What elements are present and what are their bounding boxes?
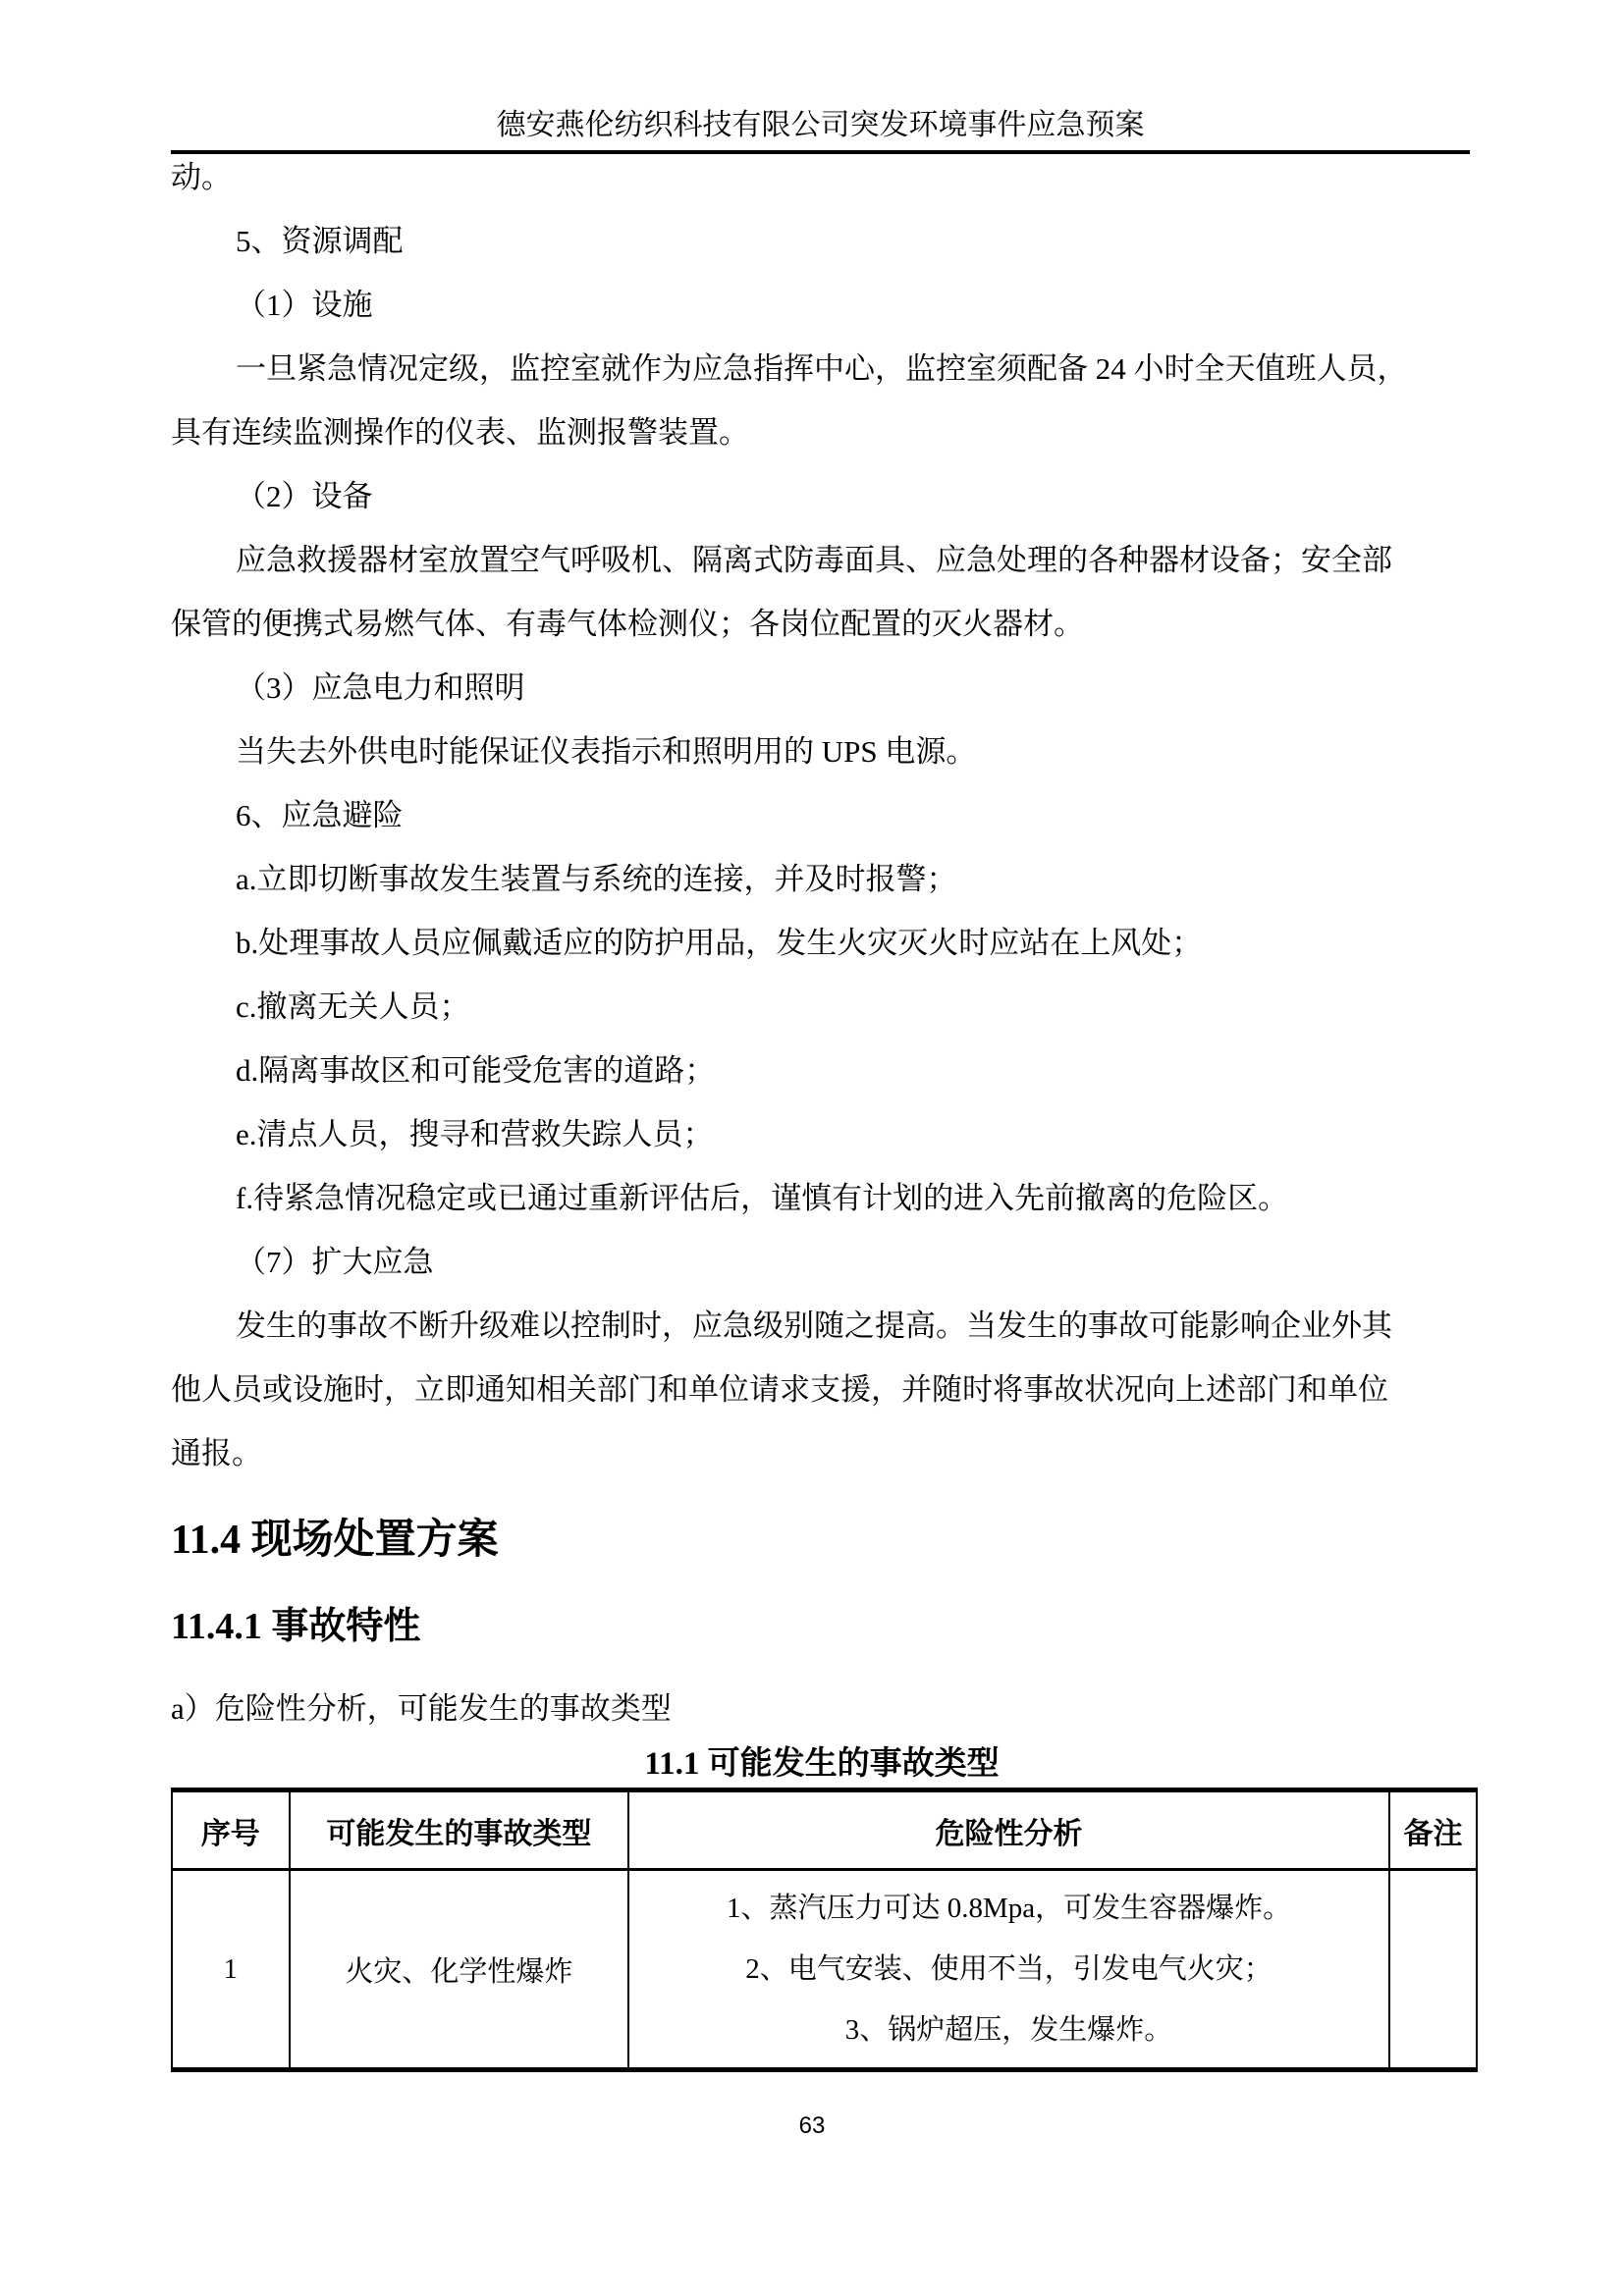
table-header-row: 序号 可能发生的事故类型 危险性分析 备注 [172,1790,1477,1870]
cell-serial: 1 [172,1870,290,2070]
body-line: （7）扩大应急 [171,1230,1473,1294]
body-line: a.立即切断事故发生装置与系统的连接，并及时报警； [171,847,1473,911]
analysis-line: 2、电气安装、使用不当，引发电气火灾； [629,1939,1388,2000]
body-line: 他人员或设施时，立即通知相关部门和单位请求支援，并随时将事故状况向上述部门和单位 [171,1358,1473,1421]
document-content: 动。 5、资源调配 （1）设施 一旦紧急情况定级，监控室就作为应急指挥中心，监控… [171,145,1473,2072]
body-line: 5、资源调配 [171,209,1473,273]
body-line: d.隔离事故区和可能受危害的道路； [171,1039,1473,1102]
body-line: 动。 [171,145,1473,209]
body-line: 当失去外供电时能保证仪表指示和照明用的 UPS 电源。 [171,720,1473,783]
document-page: 德安燕伦纺织科技有限公司突发环境事件应急预案 动。 5、资源调配 （1）设施 一… [0,0,1624,2296]
col-header-remark: 备注 [1389,1790,1477,1870]
table-row: 1 火灾、化学性爆炸 1、蒸汽压力可达 0.8Mpa，可发生容器爆炸。 2、电气… [172,1870,1477,2070]
body-line: 保管的便携式易燃气体、有毒气体检测仪；各岗位配置的灭火器材。 [171,592,1473,656]
col-header-serial: 序号 [172,1790,290,1870]
cell-type: 火灾、化学性爆炸 [290,1870,629,2070]
body-line: e.清点人员，搜寻和营救失踪人员； [171,1102,1473,1166]
body-line: 具有连续监测操作的仪表、监测报警装置。 [171,400,1473,464]
table-title: 11.1 可能发生的事故类型 [171,1740,1473,1788]
body-line: （3）应急电力和照明 [171,656,1473,720]
body-line: 一旦紧急情况定级，监控室就作为应急指挥中心，监控室须配备 24 小时全天值班人员… [171,337,1473,400]
body-line: 6、应急避险 [171,783,1473,847]
item-a-line: a）危险性分析，可能发生的事故类型 [171,1677,1473,1740]
section-heading-11-4-1: 11.4.1 事故特性 [171,1602,1473,1651]
analysis-line: 1、蒸汽压力可达 0.8Mpa，可发生容器爆炸。 [629,1878,1388,1939]
section-heading-11-4: 11.4 现场处置方案 [171,1513,1473,1568]
col-header-analysis: 危险性分析 [628,1790,1389,1870]
body-line: b.处理事故人员应佩戴适应的防护用品，发生火灾灭火时应站在上风处； [171,911,1473,975]
page-number: 63 [0,2110,1624,2142]
body-line: c.撤离无关人员； [171,975,1473,1039]
cell-analysis: 1、蒸汽压力可达 0.8Mpa，可发生容器爆炸。 2、电气安装、使用不当，引发电… [628,1870,1389,2070]
accident-type-table: 序号 可能发生的事故类型 危险性分析 备注 1 火灾、化学性爆炸 1、蒸汽压力可… [171,1788,1478,2072]
body-line: （1）设施 [171,273,1473,337]
body-line: 通报。 [171,1421,1473,1485]
cell-remark [1389,1870,1477,2070]
body-line: 应急救援器材室放置空气呼吸机、隔离式防毒面具、应急处理的各种器材设备；安全部 [171,528,1473,592]
col-header-type: 可能发生的事故类型 [290,1790,629,1870]
body-line: （2）设备 [171,464,1473,528]
header-title: 德安燕伦纺织科技有限公司突发环境事件应急预案 [171,106,1470,145]
analysis-line: 3、锅炉超压，发生爆炸。 [629,2000,1388,2060]
body-line: 发生的事故不断升级难以控制时，应急级别随之提高。当发生的事故可能影响企业外其 [171,1294,1473,1358]
body-line: f.待紧急情况稳定或已通过重新评估后，谨慎有计划的进入先前撤离的危险区。 [171,1166,1473,1230]
